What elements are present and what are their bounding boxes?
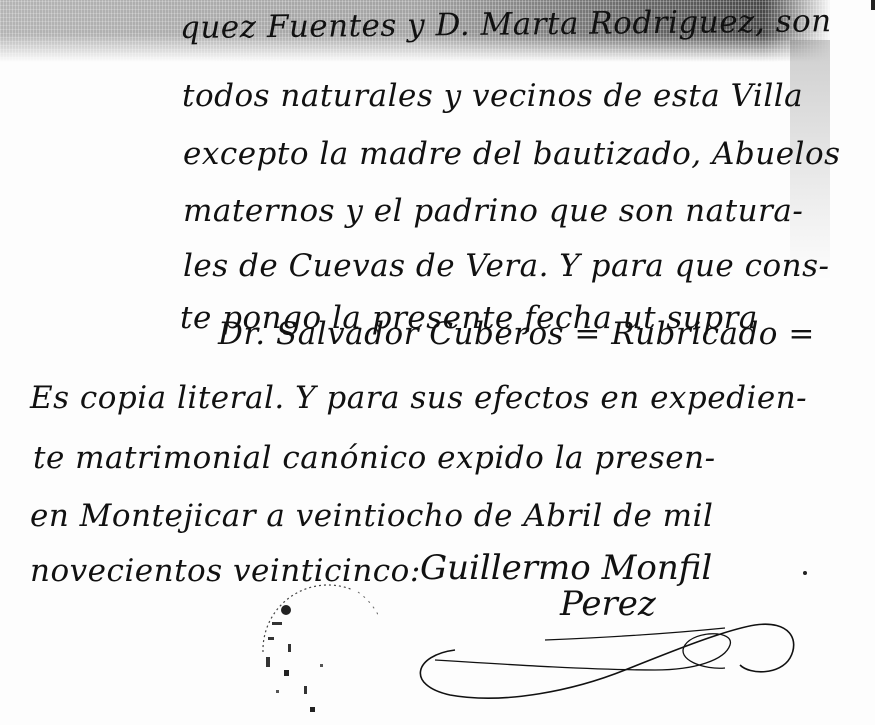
- document-page: quez Fuentes y D. Marta Rodriguez, son t…: [0, 0, 875, 725]
- text-line-3: excepto la madre del bautizado, Abuelos: [183, 136, 841, 172]
- text-line-7-priest-signature: Dr. Salvador Cuberos = Rubricado =: [218, 316, 815, 352]
- text-line-9: te matrimonial canónico expido la presen…: [33, 440, 716, 476]
- signature-flourish-icon: [395, 600, 815, 710]
- text-line-5: les de Cuevas de Vera. Y para que cons-: [183, 248, 829, 284]
- text-line-2: todos naturales y vecinos de esta Villa: [182, 78, 803, 114]
- text-line-8: Es copia literal. Y para sus efectos en …: [30, 380, 807, 416]
- text-line-10: en Montejicar a veintiocho de Abril de m…: [30, 498, 713, 534]
- text-line-1: quez Fuentes y D. Marta Rodriguez, son: [180, 3, 832, 46]
- signature-name: Guillermo Monfil: [420, 548, 712, 588]
- ink-dot: [803, 571, 807, 575]
- text-line-4: maternos y el padrino que son natura-: [183, 193, 803, 229]
- circular-seal-stamp-icon: [258, 582, 378, 722]
- corner-mark: [871, 0, 875, 10]
